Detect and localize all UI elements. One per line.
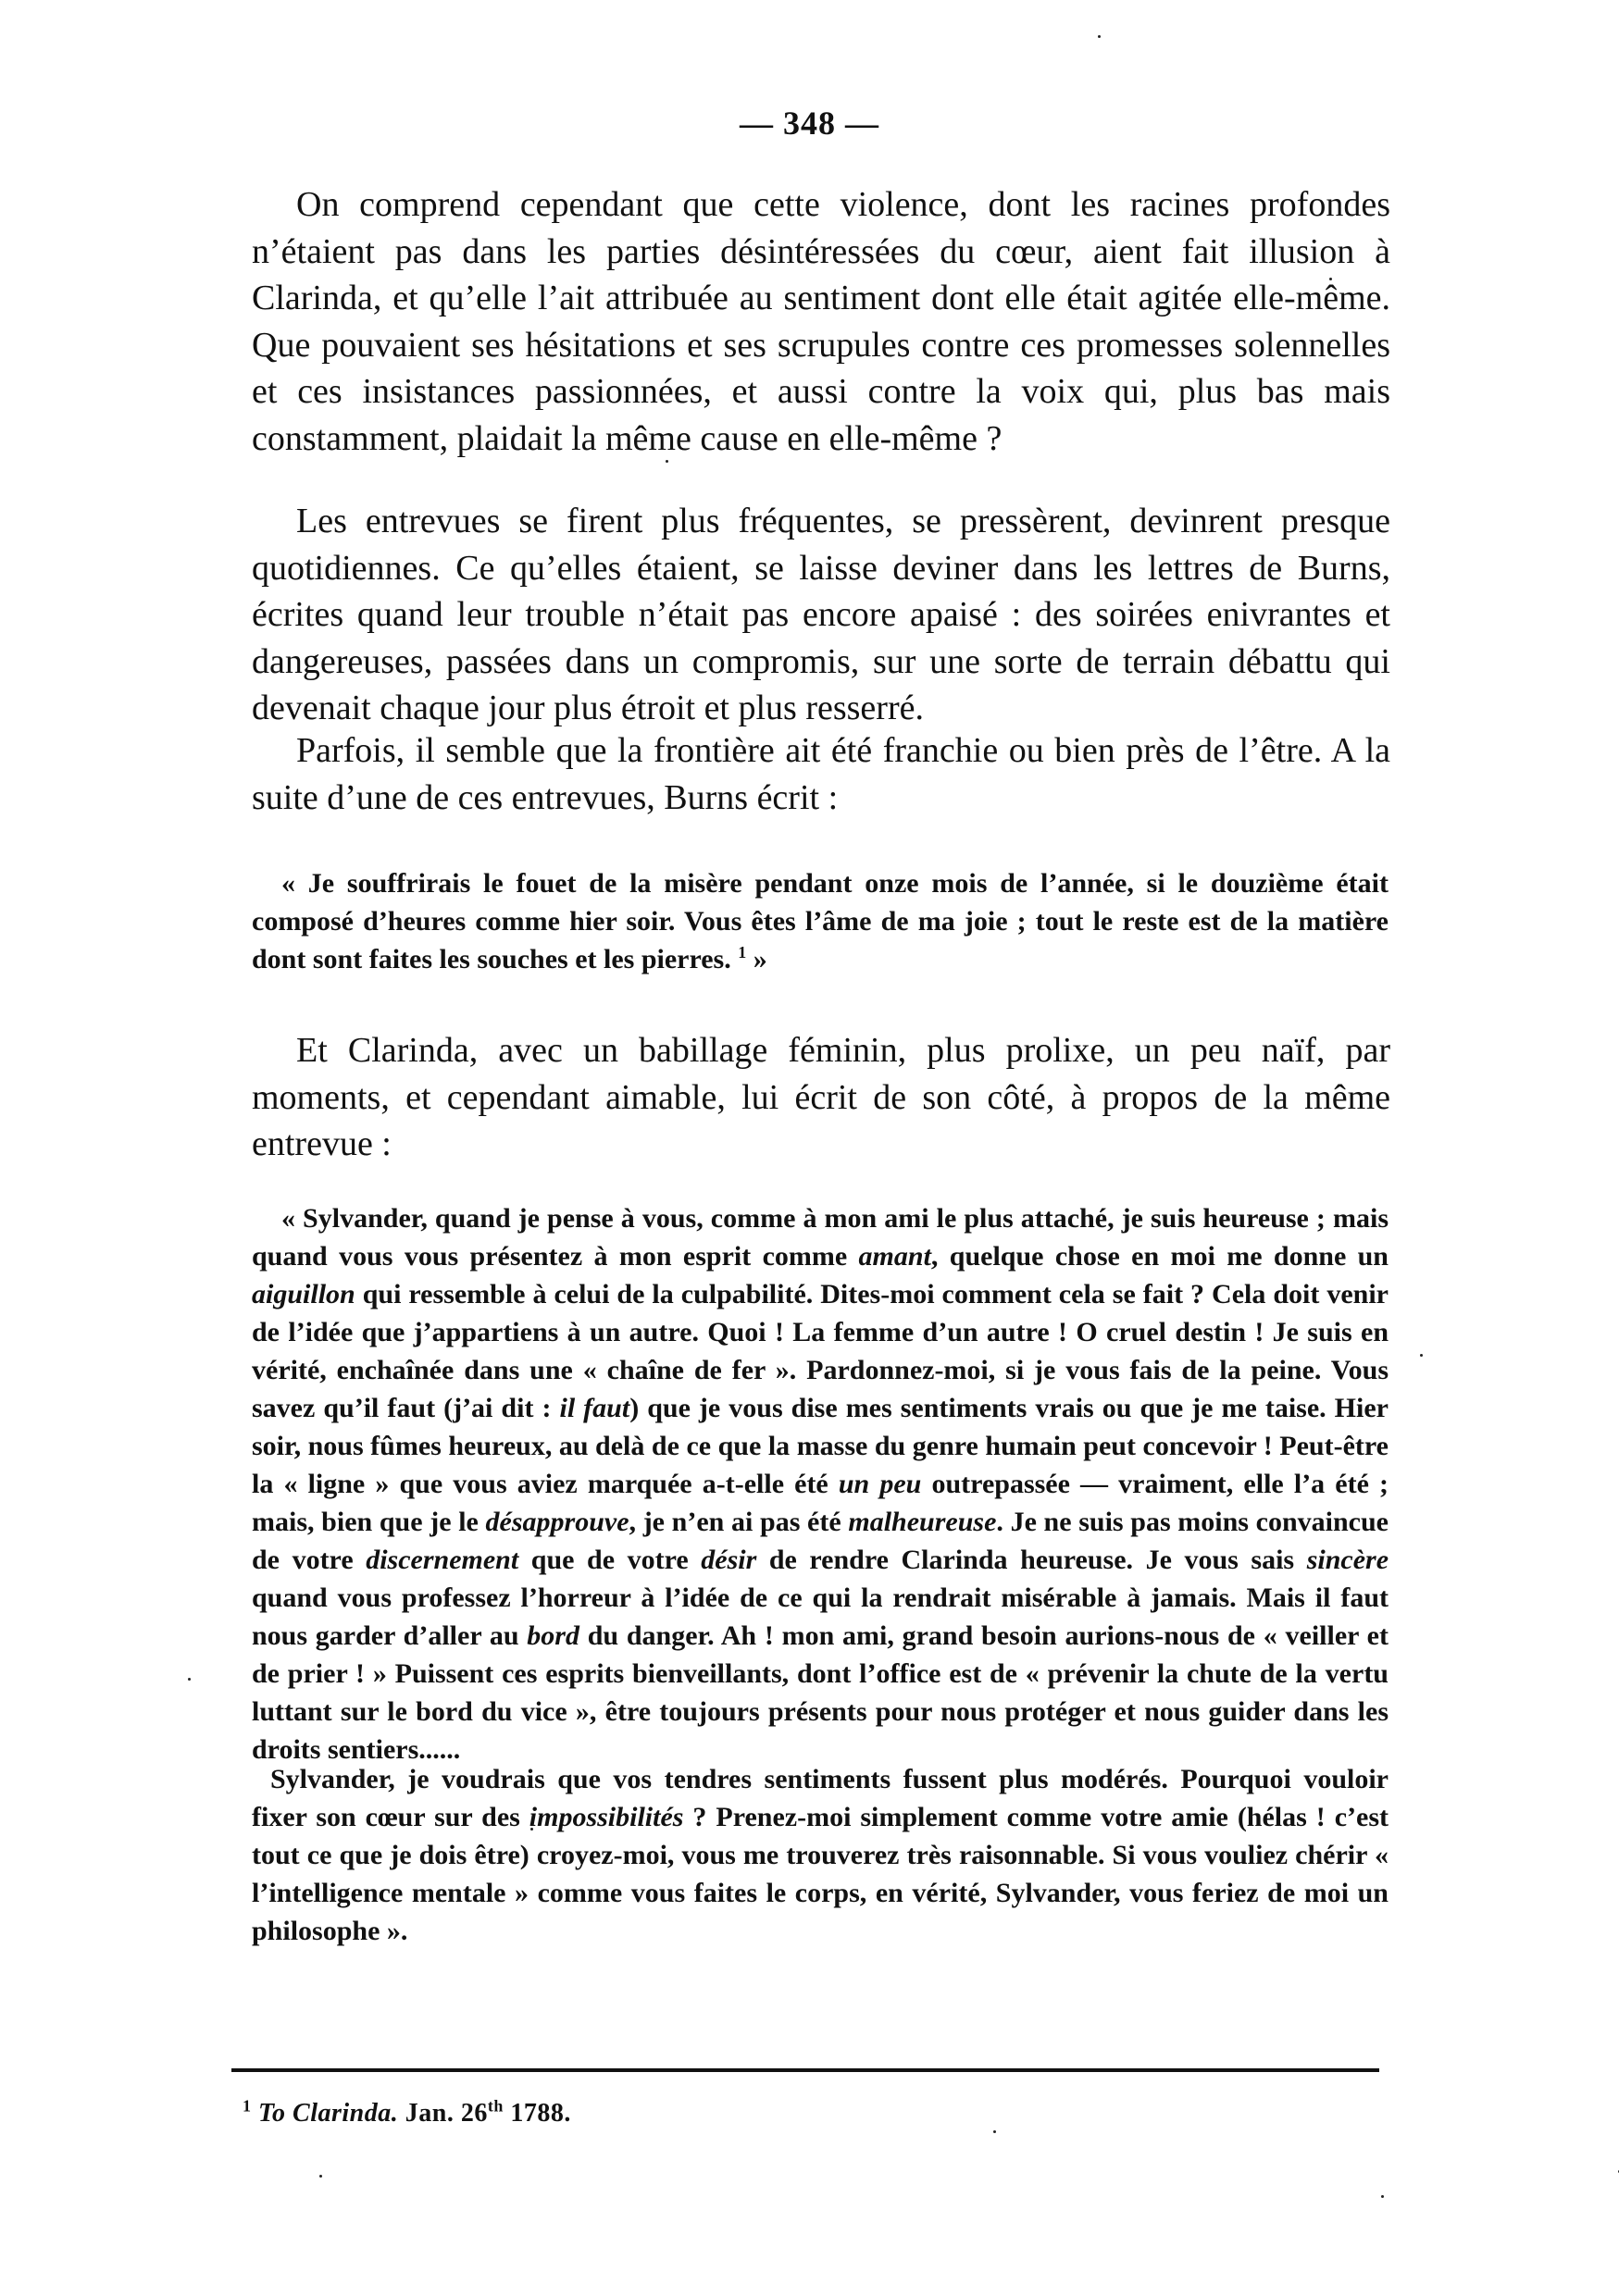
paragraph-clarinda-intro: Et Clarinda, avec un babillage féminin, … bbox=[252, 1027, 1390, 1168]
blockquote-burns: « Je souffrirais le fouet de la misère p… bbox=[252, 864, 1389, 978]
page-number: — 348 — bbox=[0, 104, 1619, 143]
scan-speck bbox=[1381, 2195, 1384, 2198]
quote-text: que de votre bbox=[518, 1545, 701, 1575]
footnote-title: To Clarinda. bbox=[258, 2099, 398, 2128]
emphasis-text: amant bbox=[859, 1241, 931, 1272]
paragraph-entrevues: Les entrevues se firent plus fréquentes,… bbox=[252, 498, 1390, 732]
paragraph-text: Les entrevues se firent plus fréquentes,… bbox=[252, 498, 1390, 732]
emphasis-text: discernement bbox=[366, 1545, 518, 1575]
scan-speck bbox=[530, 1828, 533, 1831]
book-page: — 348 — On comprend cependant que cette … bbox=[0, 0, 1619, 2296]
footnote-divider bbox=[231, 2068, 1379, 2072]
scan-speck bbox=[1420, 1354, 1423, 1357]
paragraph-text: On comprend cependant que cette violence… bbox=[252, 181, 1390, 462]
scan-speck bbox=[319, 2175, 322, 2178]
footnote-date-ordinal: th bbox=[488, 2097, 504, 2116]
scan-speck bbox=[188, 1678, 191, 1681]
paragraph-violence: On comprend cependant que cette violence… bbox=[252, 181, 1390, 462]
footnote-marker: 1 bbox=[243, 2097, 252, 2116]
emphasis-text: sincère bbox=[1307, 1545, 1389, 1575]
emphasis-text: impossibilités bbox=[529, 1802, 684, 1832]
emphasis-text: bord bbox=[527, 1620, 579, 1651]
footnote-date: Jan. 26 bbox=[398, 2099, 488, 2128]
quote-close: » bbox=[746, 944, 767, 974]
quote-paragraph: Sylvander, je voudrais que vos tendres s… bbox=[252, 1760, 1389, 1950]
scan-speck bbox=[1098, 35, 1101, 38]
quote-text: , quelque chose en moi me donne un bbox=[931, 1241, 1389, 1272]
blockquote-clarinda-continued: Sylvander, je voudrais que vos tendres s… bbox=[252, 1760, 1389, 1950]
emphasis-text: désapprouve bbox=[486, 1507, 629, 1537]
blockquote-clarinda: « Sylvander, quand je pense à vous, comm… bbox=[252, 1199, 1389, 1769]
emphasis-text: malheureuse bbox=[848, 1507, 996, 1537]
scan-speck bbox=[1329, 278, 1332, 280]
scan-speck bbox=[666, 460, 668, 463]
emphasis-text: un peu bbox=[839, 1469, 922, 1499]
quote-text: , je n’en ai pas été bbox=[629, 1507, 849, 1537]
emphasis-text: aiguillon bbox=[252, 1279, 355, 1309]
scan-speck bbox=[993, 2130, 996, 2133]
paragraph-frontiere: Parfois, il semble que la frontière ait … bbox=[252, 727, 1390, 821]
paragraph-text: Et Clarinda, avec un babillage féminin, … bbox=[252, 1027, 1390, 1168]
quote-paragraph: « Je souffrirais le fouet de la misère p… bbox=[252, 864, 1389, 978]
footnote-reference[interactable]: 1 bbox=[738, 943, 746, 962]
paragraph-text: Parfois, il semble que la frontière ait … bbox=[252, 727, 1390, 821]
emphasis-text: il faut bbox=[559, 1393, 629, 1423]
footnote: 1 To Clarinda. Jan. 26th 1788. bbox=[243, 2099, 571, 2128]
footnote-year: 1788. bbox=[504, 2099, 571, 2128]
quote-paragraph: « Sylvander, quand je pense à vous, comm… bbox=[252, 1199, 1389, 1769]
emphasis-text: désir bbox=[701, 1545, 756, 1575]
quote-text: de rendre Clarinda heureuse. Je vous sai… bbox=[756, 1545, 1306, 1575]
quote-text: « Je souffrirais le fouet de la misère p… bbox=[252, 868, 1389, 974]
